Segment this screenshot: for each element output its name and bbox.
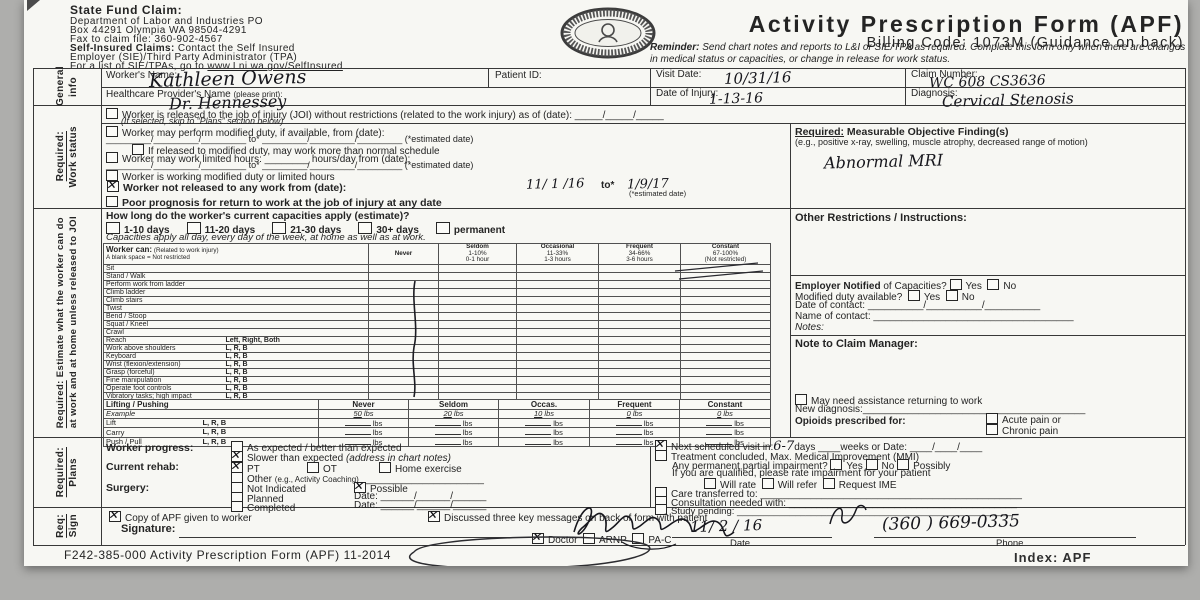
checkbox (987, 279, 999, 290)
sidebar-sign-line1: Req: (55, 514, 66, 538)
sidebar-sign: Req: Sign (33, 507, 101, 545)
lifting-weight-cell: lbs (409, 418, 499, 428)
lifting-sides-label: L, R, B (202, 428, 226, 436)
lift-col-seldom: Seldom (409, 400, 499, 410)
checkbox (655, 450, 667, 461)
sidebar-general-line1: General (55, 66, 66, 106)
checkbox (986, 413, 998, 424)
checkbox (950, 279, 962, 290)
index-label: Index: APF (1014, 551, 1091, 565)
checkbox (106, 196, 118, 207)
sidebar-plans-line2: Plans (68, 458, 79, 487)
name-of-contact-line: Name of contact: _______________________… (795, 312, 1074, 323)
reminder-note: Reminder: Send chart notes and reports t… (650, 42, 1187, 66)
ws-released-subnote: (If selected, skip to “Plans” section be… (121, 117, 283, 127)
lift-col-constant: Constant (680, 400, 771, 410)
ws-not-released-text: Worker not released to any work from (da… (123, 182, 346, 194)
checkbox-checked (428, 511, 440, 522)
sidebar-est-rest: Estimate what the worker can do (55, 217, 66, 380)
form-title: Activity Prescription Form (APF) (584, 12, 1184, 37)
reminder-text: Send chart notes and reports to L&I or S… (650, 42, 1185, 65)
other-restrictions-title: Other Restrictions / Instructions: (795, 213, 967, 225)
sidebar-est-required: Required: (55, 380, 66, 428)
visit-date-label: Visit Date: (656, 70, 701, 81)
checkbox (106, 108, 118, 119)
lifting-weight-cell: lbs (680, 428, 771, 438)
lifting-example-cell: 10 lbs (499, 410, 590, 419)
state-fund-claim-heading: State Fund Claim: (70, 4, 182, 17)
checkbox (231, 501, 243, 512)
lifting-weight-cell: lbs (319, 418, 409, 428)
sidebar-general-line2: info (68, 77, 79, 97)
handwritten-table-marks (103, 243, 770, 403)
sidebar-est-line1: Required: Estimate what the worker can d… (55, 217, 66, 428)
ws-estimated-date-note: (*estimated date) (629, 190, 686, 198)
lifting-row: LiftL, R, B lbs lbs lbs lbs lbs (104, 418, 771, 428)
notes-label: Notes: (795, 323, 824, 334)
injury-date-value: 1-13-16 (709, 90, 763, 107)
sidebar-est-line2: at work and at home unless released to J… (68, 216, 79, 428)
sidebar-general-info: General info (33, 68, 101, 105)
sidebar-work-status: Required: Work status (33, 105, 101, 208)
sidebar-estimate: Required: Estimate what the worker can d… (33, 208, 101, 437)
lifting-sides-label: L, R, B (202, 419, 226, 427)
opioid-chronic-text: Chronic pain (1002, 426, 1058, 437)
sidebar-plans: Required: Plans (33, 437, 101, 507)
findings-value: Abnormal MRI (824, 150, 944, 172)
diagnosis-value: Cervical Stenosis (942, 89, 1074, 110)
capacities-note: Capacities apply all day, every day of t… (106, 233, 426, 243)
duration-option: permanent (436, 225, 505, 236)
signature-date-label: Date (730, 539, 750, 549)
never-column-stroke (413, 281, 416, 397)
sidebar-ws-line1: Required: (55, 131, 66, 181)
lifting-example-cell: 50 lbs (319, 410, 409, 419)
lifting-weight-cell: lbs (680, 418, 771, 428)
lifting-weight-cell: lbs (409, 437, 499, 447)
duration-label: permanent (454, 225, 505, 236)
ws-to-label: to* (601, 181, 614, 192)
signature-label: Signature: (121, 524, 175, 536)
signature-date-value: 11/ 2 / 16 (690, 516, 763, 536)
lifting-example-cell: 20 lbs (409, 410, 499, 419)
findings-hint: (e.g., positive x-ray, swelling, muscle … (795, 138, 1175, 148)
constant-check-stand (679, 271, 763, 279)
lifting-activity-label: Lift (106, 418, 116, 427)
reminder-label: Reminder: (650, 42, 699, 53)
lifting-weight-cell: lbs (499, 437, 590, 447)
patient-id-label: Patient ID: (495, 71, 542, 82)
checkbox (986, 424, 998, 435)
lifting-sides-label: L, R, B (202, 438, 226, 446)
lifting-activity-label: Carry (106, 428, 124, 437)
surgery-completed-date: Date: ______/______/______ (354, 501, 486, 512)
footer-pen-ellipse (354, 530, 664, 566)
checkbox-checked (107, 181, 119, 192)
lifting-example-row: Example50 lbs20 lbs10 lbs0 lbs0 lbs (104, 410, 771, 419)
sidebar-ws-line2: Work status (68, 126, 79, 187)
lifting-header-row: Lifting / Pushing Never Seldom Occas. Fr… (104, 400, 771, 410)
stray-pen-scrawl (824, 498, 884, 532)
lifting-weight-cell: lbs (409, 428, 499, 438)
constant-check-sit (675, 263, 758, 271)
lifting-weight-cell: lbs (590, 418, 680, 428)
scan-corner-artifact (27, 0, 40, 11)
form-number: F242-385-000 Activity Prescription Form … (64, 549, 391, 562)
ws-poor-prognosis-text: Poor prognosis for return to work at the… (122, 197, 442, 209)
signature-phone-value: (360 ) 669-0335 (882, 511, 1020, 535)
no-label: No (1003, 281, 1016, 292)
lifting-weight-cell: lbs (590, 428, 680, 438)
lifting-example-cell: 0 lbs (680, 410, 771, 419)
ws-from-date-value: 11/ 1 /16 (526, 176, 585, 193)
lifting-weight-cell: lbs (319, 428, 409, 438)
worker-progress-label: Worker progress: (106, 443, 193, 454)
lift-col-frequent: Frequent (590, 400, 680, 410)
surgery-completed-text: Completed (247, 503, 295, 514)
checkbox-checked (109, 511, 121, 522)
lifting-example-cell: 0 lbs (590, 410, 680, 419)
scanned-form-page: State Fund Claim: Department of Labor an… (24, 0, 1188, 566)
opioids-label: Opioids prescribed for: (795, 417, 906, 428)
capacities-question: How long do the worker's current capacit… (106, 211, 409, 222)
lifting-row: CarryL, R, B lbs lbs lbs lbs lbs (104, 428, 771, 438)
checkbox (436, 222, 450, 234)
sidebar-plans-line1: Required: (55, 447, 66, 497)
visit-date-value: 10/31/16 (724, 68, 792, 88)
sidebar-sign-line2: Sign (68, 514, 79, 537)
note-to-claim-manager-title: Note to Claim Manager: (795, 339, 918, 351)
lifting-title: Lifting / Pushing (104, 400, 319, 410)
ws-not-released-option: Worker not released to any work from (da… (107, 181, 346, 194)
signature-phone-label: Phone (996, 539, 1023, 549)
current-rehab-label: Current rehab: (106, 462, 179, 473)
lift-col-never: Never (319, 400, 409, 410)
lifting-weight-cell: lbs (499, 418, 590, 428)
lifting-weight-cell: lbs (499, 428, 590, 438)
opioid-chronic-option: Chronic pain (986, 424, 1058, 438)
ws-poor-prognosis-option: Poor prognosis for return to work at the… (106, 196, 442, 209)
lift-col-occas: Occas. (499, 400, 590, 410)
surgery-label: Surgery: (106, 483, 149, 494)
